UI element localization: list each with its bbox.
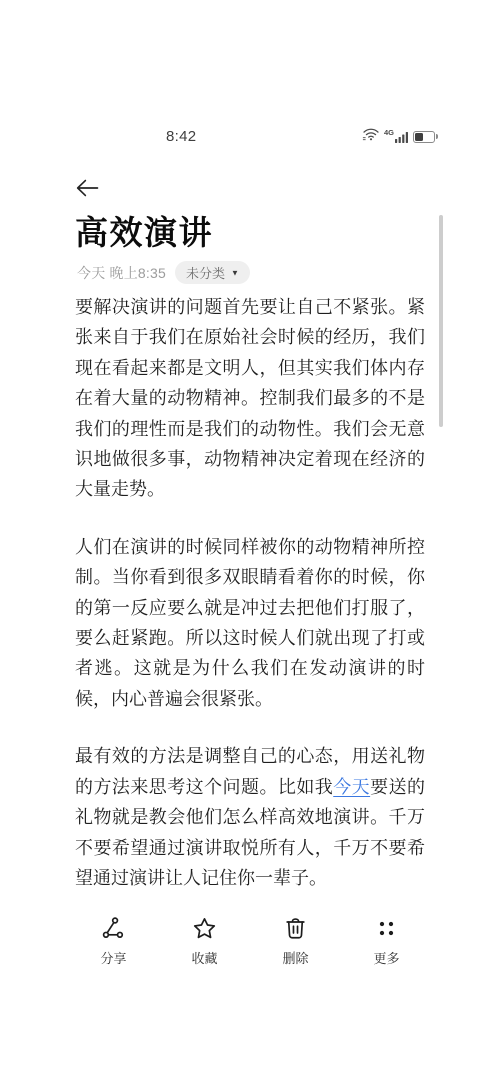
back-arrow-icon: [73, 189, 101, 206]
note-line: 在着大量的动物精神。控制我们最多的不是: [75, 383, 425, 413]
share-button[interactable]: 分享: [68, 915, 159, 967]
note-line: 制。当你看到很多双眼睛看着你的时候，你: [75, 562, 425, 592]
note-line: 最有效的方法是调整自己的心态，用送礼物: [75, 741, 425, 771]
scrollbar[interactable]: [439, 215, 443, 427]
chevron-down-icon: ▼: [231, 269, 239, 278]
more-label: 更多: [373, 948, 399, 967]
more-button[interactable]: 更多: [341, 915, 432, 967]
more-dots-icon: [373, 915, 400, 942]
note-line: 现在看起来都是文明人，但其实我们体内存: [75, 353, 425, 383]
note-line: 的方法来思考这个问题。比如我今天要送的: [75, 772, 425, 802]
paragraph: 最有效的方法是调整自己的心态，用送礼物 的方法来思考这个问题。比如我今天要送的 …: [75, 741, 425, 893]
bottom-toolbar: 分享 收藏 删除 更多: [68, 915, 432, 967]
note-line: 大量走势。: [75, 474, 425, 504]
note-line: 的第一反应要么就是冲过去把他们打服了，: [75, 593, 425, 623]
battery-icon: [413, 131, 438, 143]
delete-label: 删除: [282, 948, 308, 967]
note-line: 望通过演讲让人记住你一辈子。: [75, 863, 425, 893]
paragraph: 要解决演讲的问题首先要让自己不紧张。紧 张来自于我们在原始社会时候的经历，我们 …: [75, 292, 425, 505]
note-line: 礼物就是教会他们怎么样高效地演讲。千万: [75, 802, 425, 832]
favorite-label: 收藏: [191, 948, 217, 967]
share-label: 分享: [100, 948, 126, 967]
note-line: 不要希望通过演讲取悦所有人，千万不要希: [75, 833, 425, 863]
paragraph: 人们在演讲的时候同样被你的动物精神所控 制。当你看到很多双眼睛看着你的时候，你 …: [75, 532, 425, 714]
back-button[interactable]: [73, 174, 101, 202]
note-line-text: 的方法来思考这个问题。比如我: [75, 777, 333, 797]
note-line: 要么赶紧跑。所以这时候人们就出现了打或: [75, 623, 425, 653]
note-line: 候，内心普遍会很紧张。: [75, 684, 425, 714]
share-icon: [100, 915, 127, 942]
trash-icon: [282, 915, 309, 942]
statusbar-icons: 4G: [362, 128, 438, 145]
category-label: 未分类: [186, 263, 225, 282]
note-meta-row: 今天 晚上8:35 未分类 ▼: [77, 261, 250, 284]
note-content[interactable]: 要解决演讲的问题首先要让自己不紧张。紧 张来自于我们在原始社会时候的经历，我们 …: [75, 292, 425, 920]
note-line: 张来自于我们在原始社会时候的经历，我们: [75, 322, 425, 352]
network-type-label: 4G: [384, 128, 394, 137]
star-icon: [191, 915, 218, 942]
delete-button[interactable]: 删除: [250, 915, 341, 967]
note-line: 人们在演讲的时候同样被你的动物精神所控: [75, 532, 425, 562]
note-line: 要解决演讲的问题首先要让自己不紧张。紧: [75, 292, 425, 322]
note-date: 今天 晚上8:35: [77, 263, 166, 283]
cellular-signal-icon: 4G: [384, 131, 409, 143]
date-link[interactable]: 今天: [333, 777, 370, 797]
statusbar-time: 8:42: [166, 128, 196, 145]
note-title: 高效演讲: [75, 207, 213, 254]
note-line: 识地做很多事，动物精神决定着现在经济的: [75, 444, 425, 474]
category-dropdown[interactable]: 未分类 ▼: [175, 261, 250, 284]
note-line: 我们的理性而是我们的动物性。我们会无意: [75, 414, 425, 444]
favorite-button[interactable]: 收藏: [159, 915, 250, 967]
wifi-icon: [362, 126, 380, 147]
note-line-text: 要送的: [370, 777, 425, 797]
note-line: 者逃。这就是为什么我们在发动演讲的时: [75, 653, 425, 683]
